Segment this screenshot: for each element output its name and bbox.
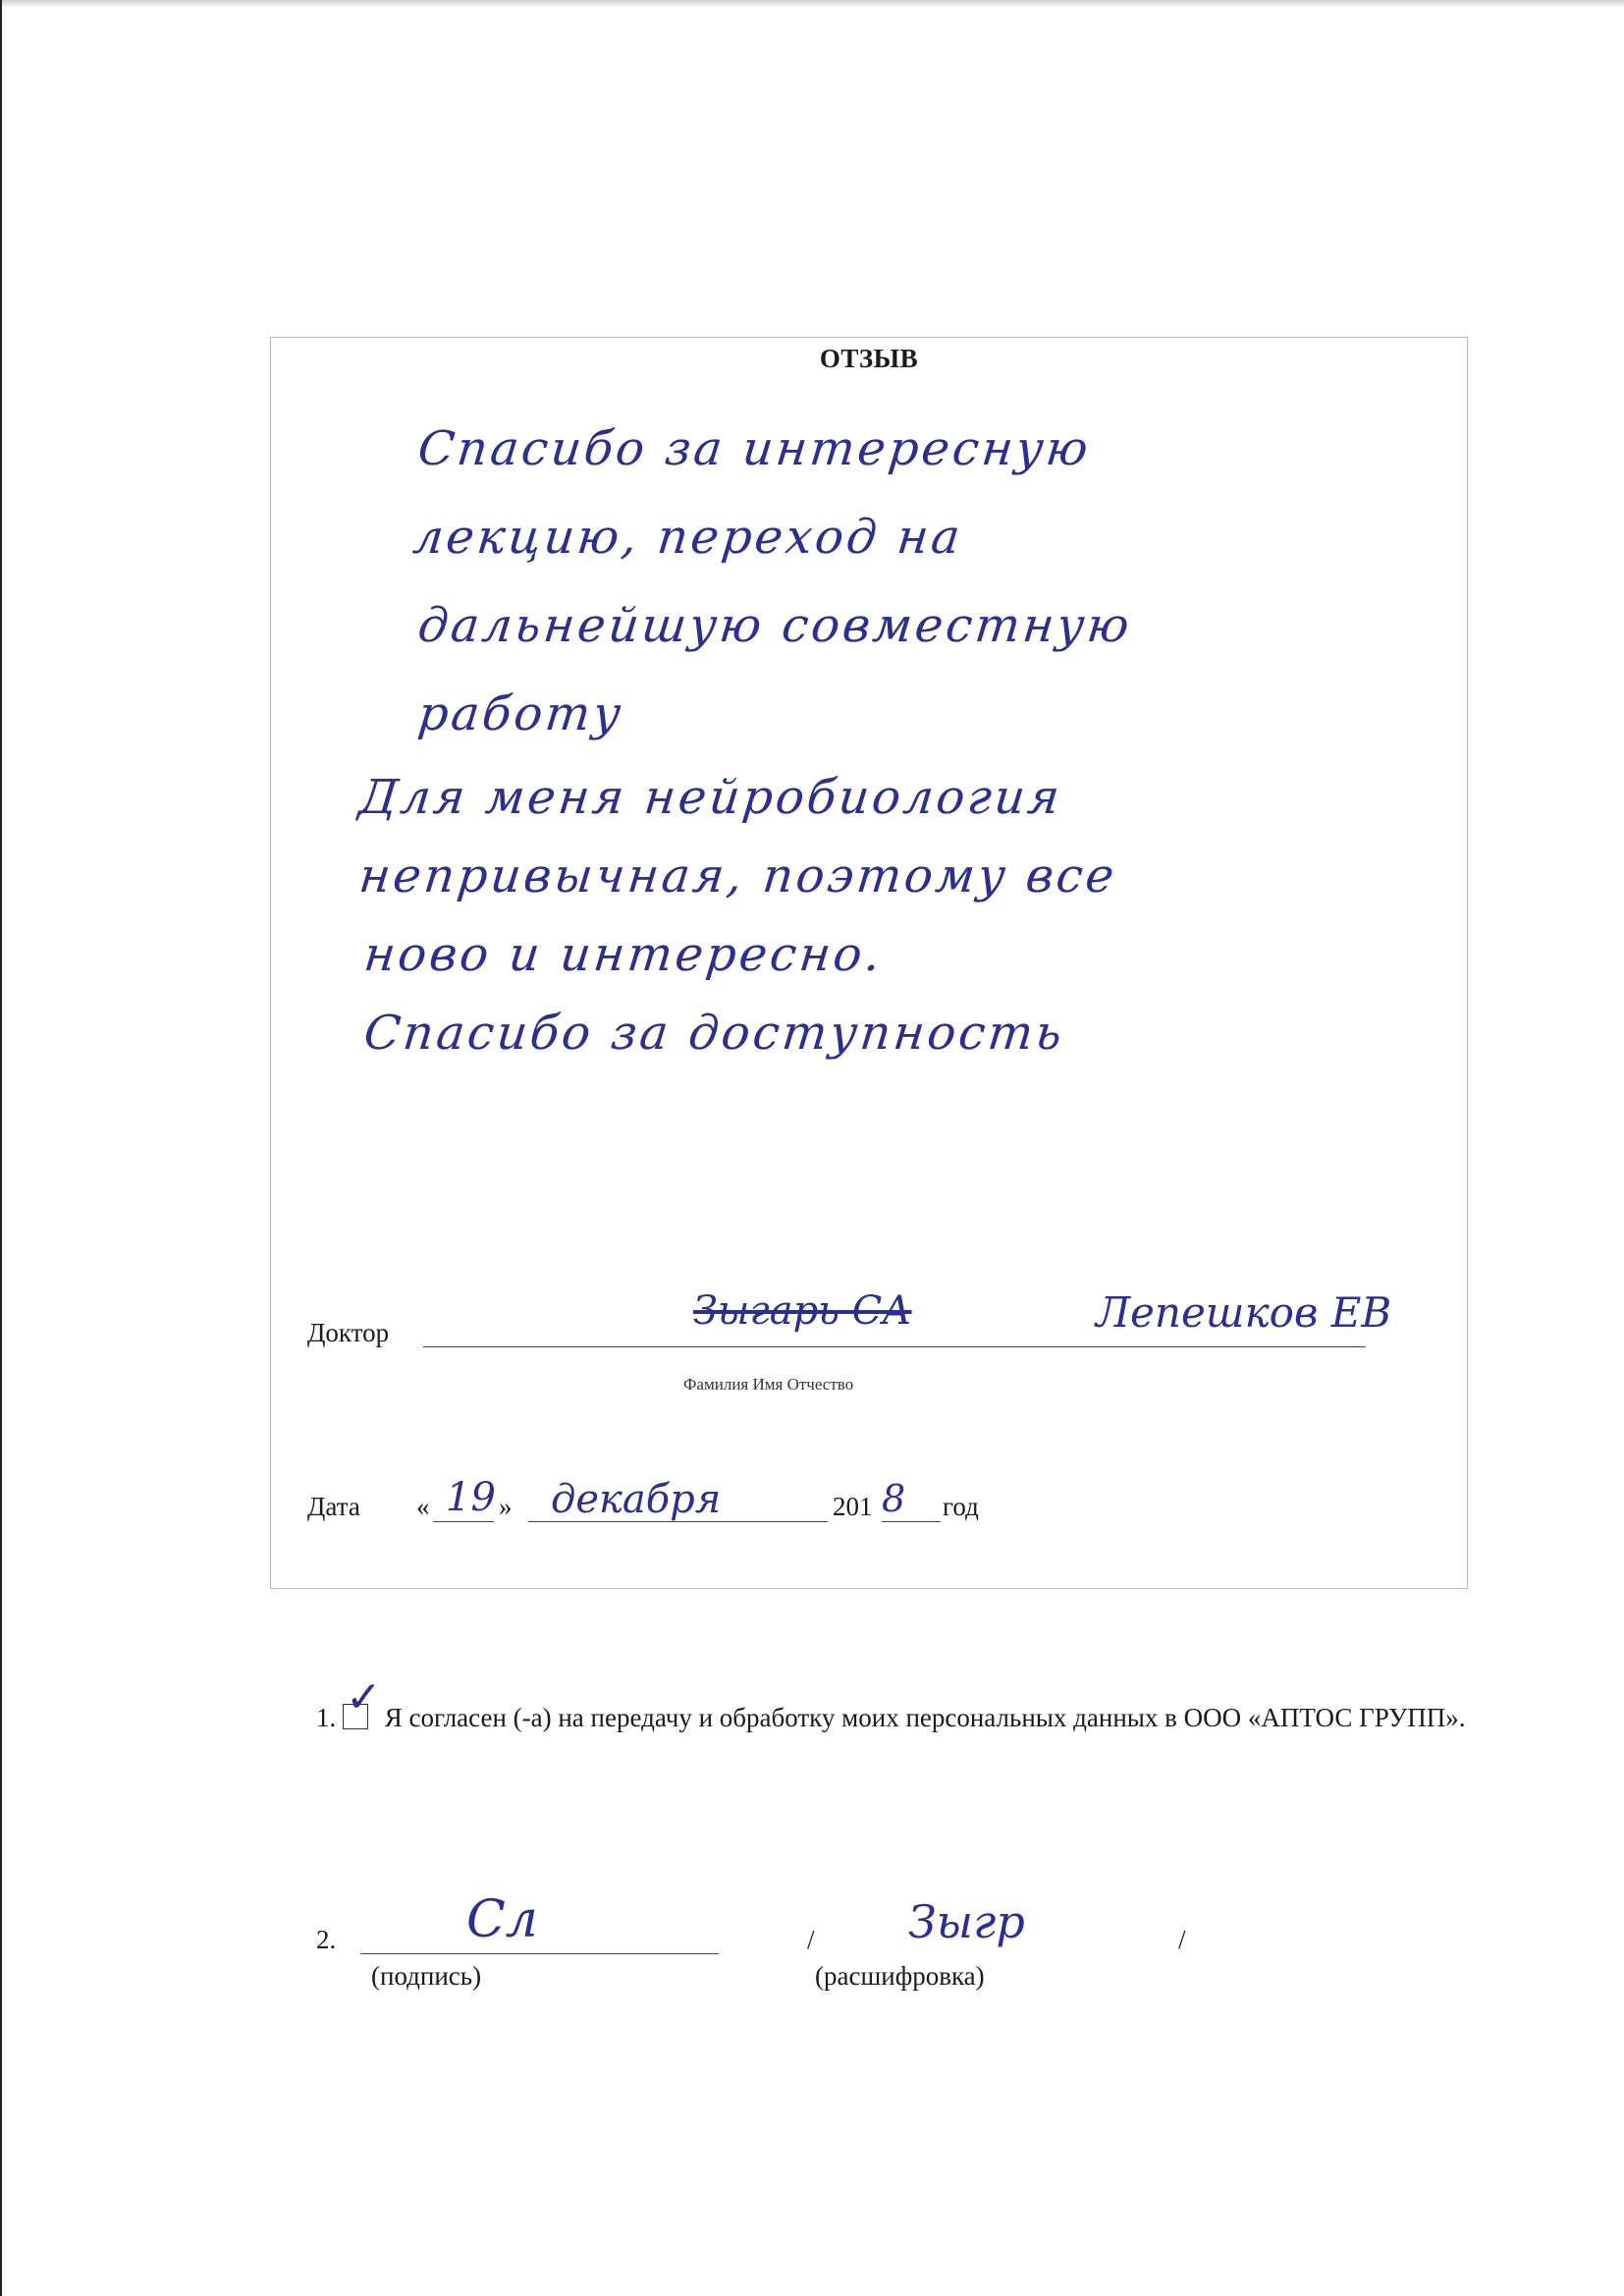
scan-left-edge: [0, 0, 2, 2296]
handwritten-line: непривычная, поэтому все: [356, 848, 1119, 903]
date-day-line: [433, 1521, 494, 1522]
doctor-caption: Фамилия Имя Отчество: [683, 1375, 853, 1394]
handwritten-line: Для меня нейробиология: [356, 770, 1064, 825]
date-label: Дата: [307, 1492, 360, 1522]
consent-checkbox[interactable]: ✓: [343, 1704, 368, 1729]
scan-top-edge: [0, 0, 1624, 8]
slash-right: /: [1178, 1925, 1186, 1955]
handwritten-line: работу: [415, 686, 626, 741]
handwritten-line: Спасибо за доступность: [361, 1006, 1067, 1061]
consent-item: 1. ✓ Я согласен (-а) на передачу и обраб…: [316, 1699, 1470, 1736]
date-year-prefix: 201: [833, 1492, 873, 1522]
date-open-quote: «: [416, 1492, 430, 1522]
handwritten-line: лекцию, переход на: [410, 510, 965, 565]
consent-number: 1.: [316, 1703, 336, 1732]
handwritten-line: дальнейшую совместную: [415, 598, 1134, 653]
doctor-name-line: [423, 1346, 1366, 1347]
checkmark-icon: ✓: [346, 1679, 382, 1717]
doctor-label: Доктор: [307, 1318, 389, 1348]
handwritten-line: ново и интересно.: [361, 927, 886, 982]
signature-number: 2.: [316, 1925, 336, 1955]
signature-line: [360, 1953, 719, 1954]
date-year-word: год: [943, 1492, 979, 1522]
handwritten-line: Спасибо за интересную: [415, 421, 1094, 476]
signature-decode: Зыгр: [908, 1895, 1025, 1948]
date-close-quote: »: [499, 1492, 513, 1522]
date-month: декабря: [551, 1477, 721, 1522]
review-form: ОТЗЫВ Спасибо за интересную лекцию, пере…: [270, 337, 1468, 1589]
doctor-name: Лепешков ЕВ: [1096, 1288, 1391, 1337]
consent-text: Я согласен (-а) на передачу и обработку …: [385, 1703, 1466, 1732]
doctor-name-struck: Зыгарь СА: [693, 1288, 912, 1334]
form-title: ОТЗЫВ: [271, 344, 1467, 374]
signature: Сл: [466, 1890, 538, 1949]
date-year-suffix: 8: [882, 1477, 905, 1520]
signature-caption: (подпись): [371, 1961, 481, 1992]
date-year-line: [882, 1521, 941, 1522]
decode-caption: (расшифровка): [815, 1961, 985, 1992]
date-day: 19: [446, 1475, 496, 1520]
slash-left: /: [807, 1925, 815, 1955]
